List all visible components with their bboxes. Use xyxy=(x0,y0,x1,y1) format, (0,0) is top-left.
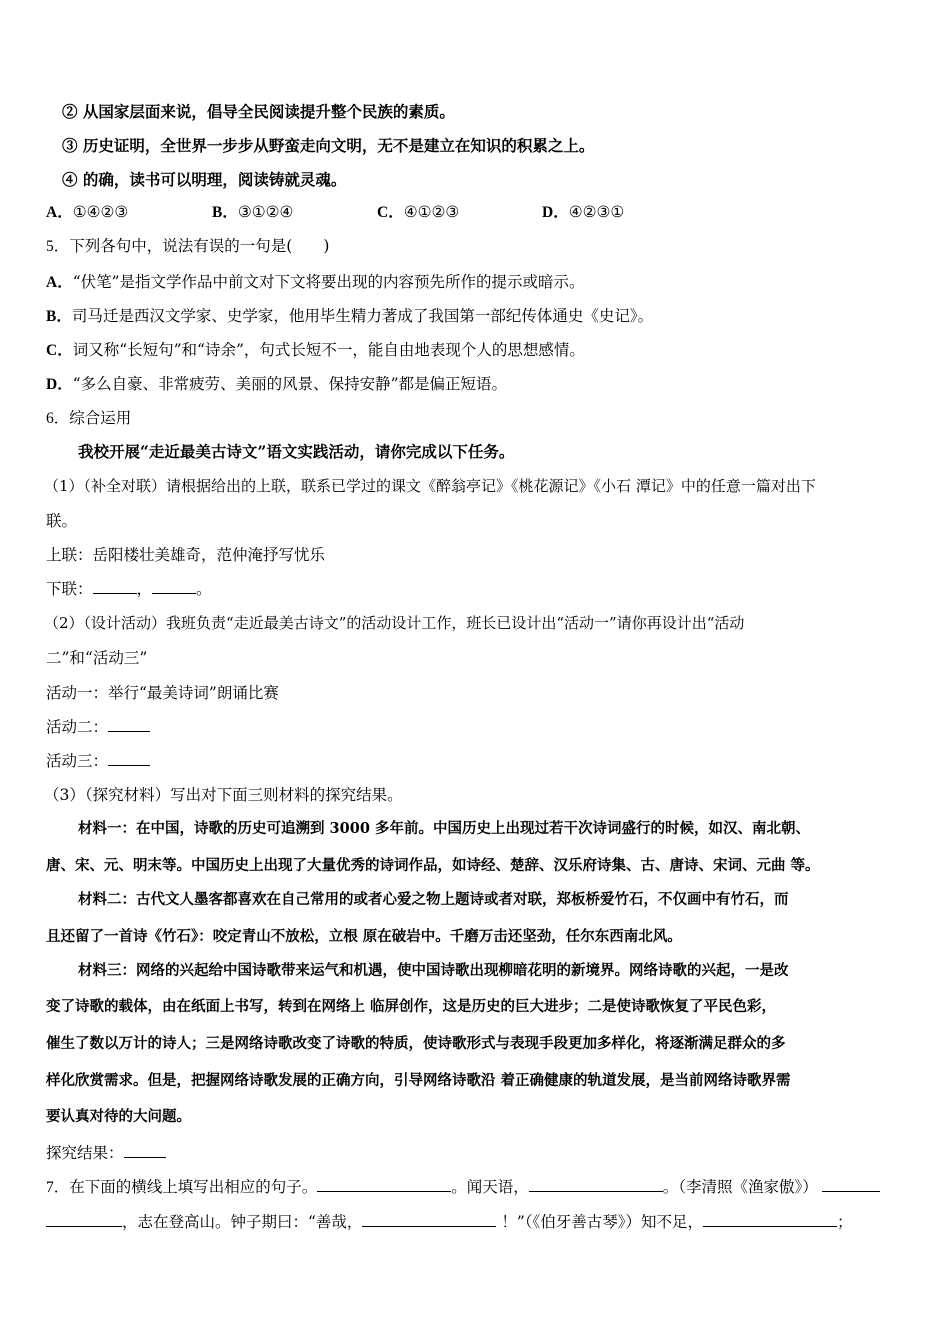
material-3-line-3: 催生了数以万计的诗人；三是网络诗歌改变了诗歌的特质，使诗歌形式与表现手段更加多样… xyxy=(46,1034,786,1054)
material-3-line-4: 样化欣赏需求。但是，把握网络诗歌发展的正确方向，引导网络诗歌沿 着正确健康的轨道… xyxy=(46,1071,791,1091)
q7-blank-5[interactable] xyxy=(703,1212,837,1227)
q6-lower-couplet: 下联：，。 xyxy=(46,579,212,599)
material-2-line-2: 且还留了一首诗《竹石》：咬定青山不放松，立根 原在破岩中。千磨万击还坚劲，任尔东… xyxy=(46,927,682,947)
q6-part3: （3）（探究材料）写出对下面三则材料的探究结果。 xyxy=(44,785,403,805)
material-1-line-1: 材料一：在中国，诗歌的历史可追溯到 3000 多年前。中国历史上出现过若干次诗词… xyxy=(78,819,810,839)
q7-blank-3b[interactable] xyxy=(46,1212,122,1227)
q6-intro: 我校开展“走近最美古诗文”语文实践活动，请你完成以下任务。 xyxy=(78,442,514,462)
q4-option-a[interactable]: A．①④②③ xyxy=(46,202,128,223)
q5-stem: 5．下列各句中，说法有误的一句是( ) xyxy=(46,236,329,257)
activity-2-blank[interactable] xyxy=(108,717,150,732)
q7-blank-2[interactable] xyxy=(529,1177,663,1192)
q6-part1-line1: （1）（补全对联）请根据给出的上联，联系已学过的课文《醉翁亭记》《桃花源记》《小… xyxy=(44,476,816,496)
q4-item-4: ④ 的确，读书可以明理，阅读铸就灵魂。 xyxy=(62,170,346,190)
q6-part1-line2: 联。 xyxy=(46,511,77,531)
q6-part2-line1: （2）（设计活动）我班负责“走近最美古诗文”的活动设计工作，班长已设计出“活动一… xyxy=(44,613,744,633)
material-3-line-5: 要认真对待的大问题。 xyxy=(46,1107,191,1127)
q5-option-c[interactable]: C．词又称“长短句”和“诗余”，句式长短不一，能自由地表现个人的思想感情。 xyxy=(46,340,585,361)
q4-item-3: ③ 历史证明，全世界一步步从野蛮走向文明，无不是建立在知识的积累之上。 xyxy=(62,136,594,156)
q6-activity-2: 活动二： xyxy=(46,717,150,737)
q6-activity-1: 活动一：举行“最美诗词”朗诵比赛 xyxy=(46,683,279,703)
q6-activity-3: 活动三： xyxy=(46,751,150,771)
q7-blank-3a[interactable] xyxy=(822,1177,880,1192)
q5-option-b[interactable]: B．司马迁是西汉文学家、史学家，他用毕生精力著成了我国第一部纪传体通史《史记》。 xyxy=(46,306,653,327)
q6-upper-couplet: 上联：岳阳楼壮美雄奇，范仲淹抒写忧乐 xyxy=(46,545,325,565)
q7-line-2: ，志在登高山。钟子期曰：“善哉， ！”（《伯牙善古琴》）知不足，； xyxy=(46,1212,853,1232)
result-blank[interactable] xyxy=(124,1143,166,1158)
q4-option-d[interactable]: D．④②③① xyxy=(542,202,624,223)
q4-option-b[interactable]: B．③①②④ xyxy=(212,202,293,223)
material-1-line-2: 唐、宋、元、明末等。中国历史上出现了大量优秀的诗词作品，如诗经、楚辞、汉乐府诗集… xyxy=(46,856,820,876)
activity-3-blank[interactable] xyxy=(108,751,150,766)
q4-option-c[interactable]: C．④①②③ xyxy=(377,202,459,223)
q4-item-2: ② 从国家层面来说，倡导全民阅读提升整个民族的素质。 xyxy=(62,102,455,122)
material-3-line-2: 变了诗歌的载体，由在纸面上书写，转到在网络上 临屏创作，这是历史的巨大进步；二是… xyxy=(46,997,776,1017)
material-2-line-1: 材料二：古代文人墨客都喜欢在自己常用的或者心爱之物上题诗或者对联，郑板桥爱竹石，… xyxy=(78,890,789,910)
q6-result: 探究结果： xyxy=(46,1143,166,1163)
material-3-line-1: 材料三：网络的兴起给中国诗歌带来运气和机遇，使中国诗歌出现柳暗花明的新境界。网络… xyxy=(78,961,789,981)
q6-title: 6．综合运用 xyxy=(46,408,131,429)
q7-line-1: 7．在下面的横线上填写出相应的句子。。闻天语，。（李清照《渔家傲》） xyxy=(46,1177,880,1198)
q5-option-a[interactable]: A．“伏笔”是指文学作品中前文对下文将要出现的内容预先所作的提示或暗示。 xyxy=(46,272,585,293)
lower-couplet-blank-1[interactable] xyxy=(93,579,137,594)
lower-couplet-blank-2[interactable] xyxy=(152,579,196,594)
q7-blank-4[interactable] xyxy=(362,1212,496,1227)
q5-option-d[interactable]: D．“多么自豪、非常疲劳、美丽的风景、保持安静”都是偏正短语。 xyxy=(46,374,507,395)
q7-blank-1[interactable] xyxy=(317,1177,451,1192)
q6-part2-line2: 二”和“活动三” xyxy=(46,648,147,668)
